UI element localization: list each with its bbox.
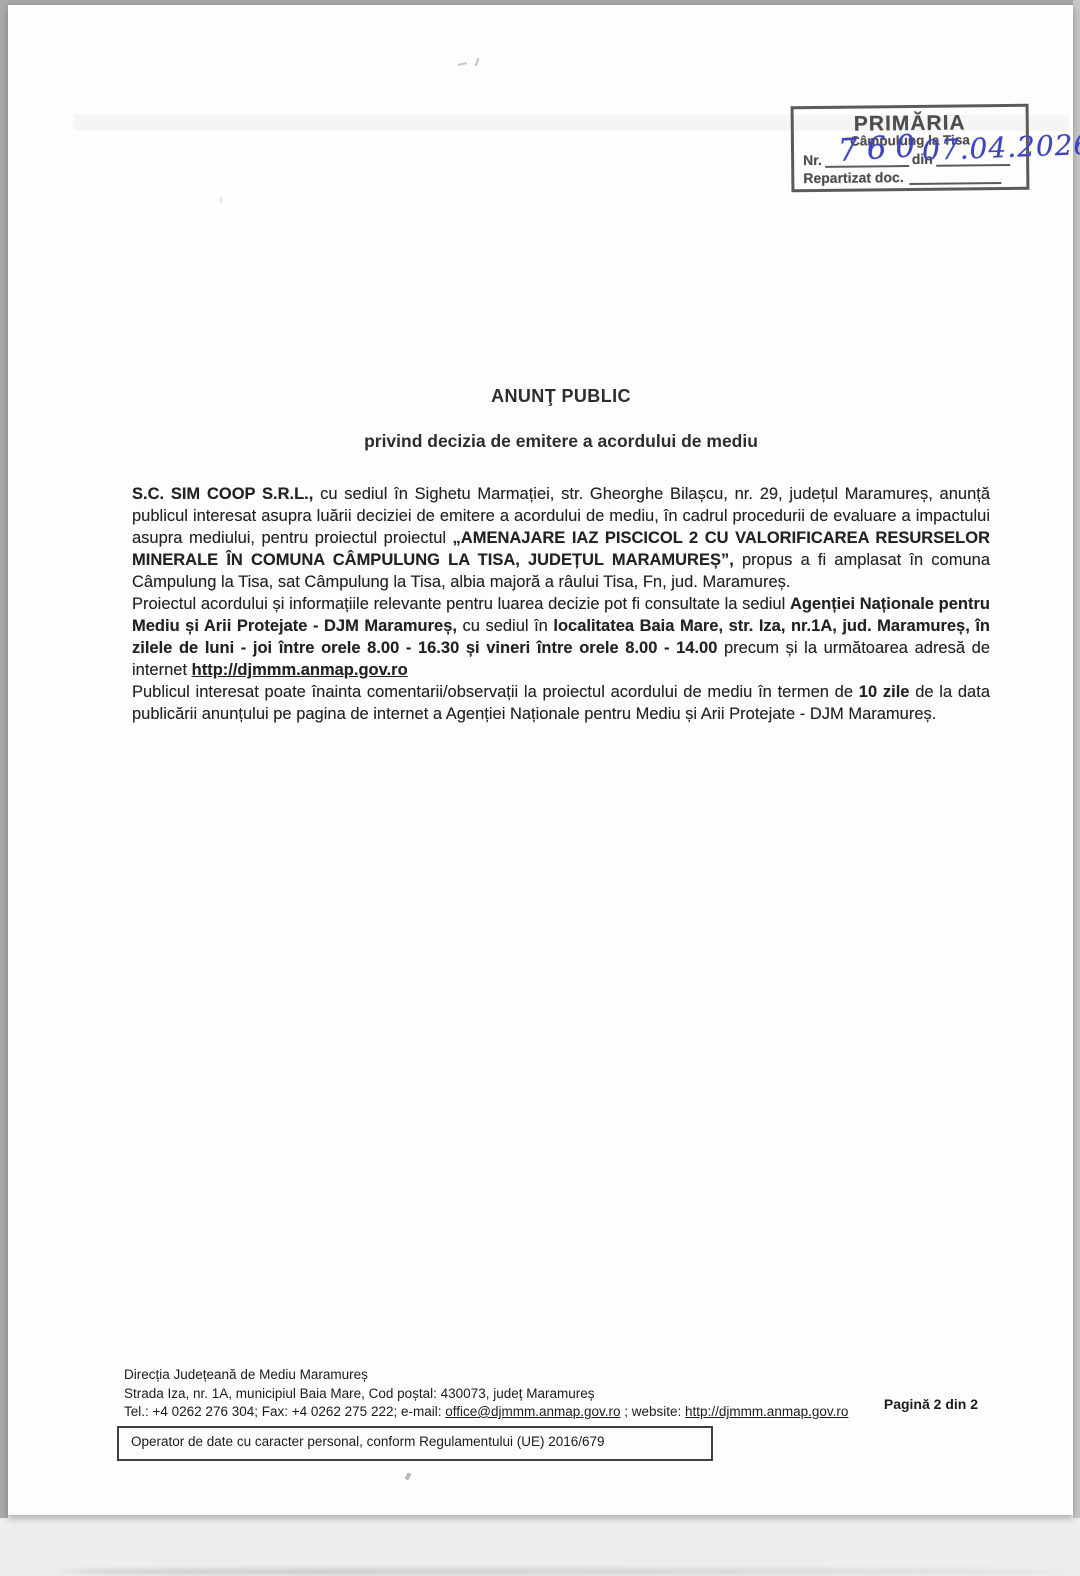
footer-contact-middle: ; website: [621, 1404, 686, 1419]
text-run: cu sediul în [463, 617, 554, 635]
scan-shadow [60, 1568, 1075, 1575]
footer-contact-prefix: Tel.: +4 0262 276 304; Fax: +4 0262 275 … [124, 1404, 445, 1419]
stamp-number-line [825, 151, 909, 168]
stamp-number-row: Nr. din [803, 150, 1026, 168]
paragraph-project-announcement: S.C. SIM COOP S.R.L., cu sediul în Sighe… [132, 483, 990, 593]
scan-artifact [475, 58, 480, 66]
document-subtitle: privind decizia de emitere a acordului d… [132, 431, 990, 452]
scan-artifact [405, 1472, 412, 1480]
text-run: Proiectul acordului și informațiile rele… [132, 595, 790, 613]
page-indicator: Pagină 2 din 2 [884, 1396, 978, 1412]
scanned-document-viewport: PRIMĂRIA Câmpulung la Tisa Nr. din Repar… [0, 0, 1080, 1576]
document-title: ANUNŢ PUBLIC [132, 386, 990, 407]
document-footer: Direcția Județeană de Mediu Maramureș St… [124, 1366, 914, 1422]
scan-artifact [458, 62, 467, 66]
text-run: 10 zile [859, 683, 915, 701]
scan-artifact [220, 197, 223, 203]
stamp-location: Câmpulung la Tisa [794, 132, 1026, 149]
footer-address: Strada Iza, nr. 1A, municipiul Baia Mare… [124, 1385, 914, 1404]
text-run: Publicul interesat poate înainta comenta… [132, 683, 859, 701]
text-run: S.C. SIM COOP S.R.L., [132, 485, 320, 503]
footer-website: http://djmmm.anmap.gov.ro [685, 1404, 848, 1419]
stamp-repartizat-row: Repartizat doc. [803, 168, 1026, 186]
stamp-din-label: din [912, 151, 933, 167]
scanner-edge-left [0, 0, 8, 1518]
document-body: S.C. SIM COOP S.R.L., cu sediul în Sighe… [132, 483, 990, 725]
document-page: PRIMĂRIA Câmpulung la Tisa Nr. din Repar… [8, 5, 1073, 1515]
footer-contact-line: Tel.: +4 0262 276 304; Fax: +4 0262 275 … [124, 1403, 914, 1422]
scanner-edge-right [1073, 0, 1080, 1518]
text-run: http://djmmm.anmap.gov.ro [192, 661, 408, 679]
paragraph-consultation-details: Proiectul acordului și informațiile rele… [132, 593, 990, 681]
stamp-date-line [936, 150, 1010, 167]
stamp-nr-label: Nr. [803, 152, 822, 168]
paragraph-public-comments: Publicul interesat poate înainta comenta… [132, 681, 990, 725]
footer-organization: Direcția Județeană de Mediu Maramureș [124, 1366, 914, 1385]
registration-stamp: PRIMĂRIA Câmpulung la Tisa Nr. din Repar… [791, 104, 1030, 192]
stamp-repartizat-line [910, 168, 1002, 185]
gdpr-notice-text: Operator de date cu caracter personal, c… [131, 1434, 605, 1449]
gdpr-notice-box: Operator de date cu caracter personal, c… [117, 1426, 713, 1461]
stamp-repartizat-label: Repartizat doc. [803, 169, 904, 186]
footer-email: office@djmmm.anmap.gov.ro [445, 1404, 620, 1419]
